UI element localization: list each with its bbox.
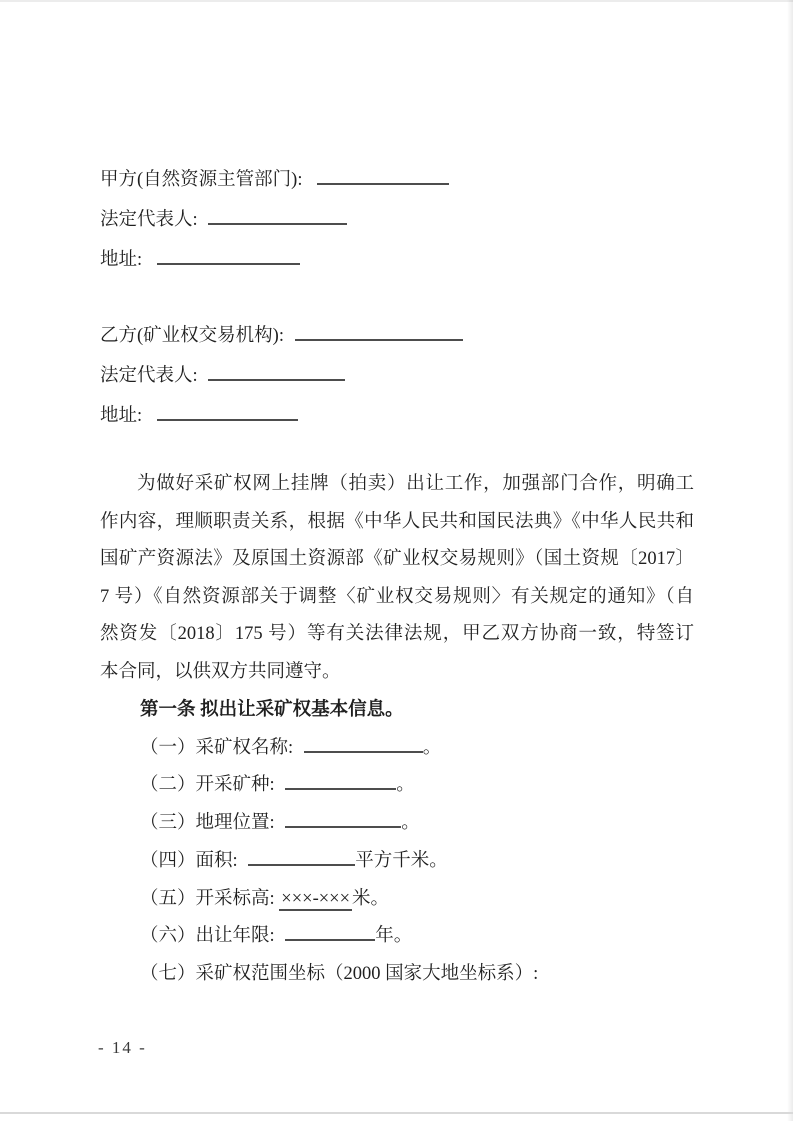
scan-artifact-top-edge [0,0,793,2]
party-b-address-blank-line [157,404,298,421]
item-label: （四）面积: [140,851,238,871]
item-suffix: 。 [401,813,420,833]
party-a-name-blank-line [317,168,449,185]
party-b-legal-rep-blank-line [208,364,345,381]
party-a-address-line: 地址: [100,240,694,280]
item-mining-elevation: （五）开采标高: ×××-×××米。 [100,881,694,919]
party-a-legal-rep-label: 法定代表人: [100,210,198,230]
item-area: （四）面积: 平方千米。 [100,843,694,881]
article-1-items: （一）采矿权名称: 。 （二）开采矿种: 。 （三）地理位置: 。 （四）面积:… [100,730,694,995]
item-mineral-type: （二）开采矿种: 。 [100,767,694,805]
party-a-address-label: 地址: [100,250,142,270]
party-a-block: 甲方(自然资源主管部门): 法定代表人: 地址: [100,160,694,280]
page-number: - 14 - [98,1038,147,1058]
item-boundary-coordinates: （七）采矿权范围坐标（2000 国家大地坐标系）: [100,956,694,994]
party-b-name-blank-line [295,324,463,341]
scanned-contract-page: 甲方(自然资源主管部门): 法定代表人: 地址: 乙方(矿业权交易机构): 法定… [0,0,793,1121]
item-blank-line [248,849,355,866]
party-a-address-blank-line [157,248,300,265]
item-mining-right-name: （一）采矿权名称: 。 [100,730,694,768]
item-suffix: 年。 [375,926,412,946]
scan-artifact-right-edge [787,0,793,1121]
scan-artifact-bottom-edge [0,1112,793,1114]
preamble-line: 本合同，以供双方共同遵守。 [100,654,694,692]
party-b-legal-rep-line: 法定代表人: [100,356,694,396]
party-b-name-label: 乙方(矿业权交易机构): [100,326,284,346]
document-content: 甲方(自然资源主管部门): 法定代表人: 地址: 乙方(矿业权交易机构): 法定… [100,160,694,994]
preamble-line: 作内容，理顺职责关系，根据《中华人民共和国民法典》《中华人民共和 [100,504,694,542]
item-blank-line [304,736,423,753]
party-b-address-line: 地址: [100,396,694,436]
party-b-address-label: 地址: [100,406,142,426]
item-blank-line [285,773,396,790]
article-1-heading: 第一条 拟出让采矿权基本信息。 [100,692,694,730]
item-suffix: 米。 [352,889,389,909]
item-geographic-location: （三）地理位置: 。 [100,805,694,843]
preamble-line: 国矿产资源法》及原国土资源部《矿业权交易规则》（国土资规〔2017〕 [100,541,694,579]
item-label: （三）地理位置: [140,813,275,833]
item-label: （七）采矿权范围坐标（2000 国家大地坐标系）: [140,964,538,984]
item-label: （五）开采标高: [140,889,275,909]
item-label: （一）采矿权名称: [140,738,293,758]
item-suffix: 。 [396,775,415,795]
item-grant-term: （六）出让年限: 年。 [100,918,694,956]
party-b-legal-rep-label: 法定代表人: [100,366,198,386]
item-blank-line [285,811,401,828]
party-a-name-label: 甲方(自然资源主管部门): [100,170,302,190]
party-a-legal-rep-line: 法定代表人: [100,200,694,240]
party-a-name-line: 甲方(自然资源主管部门): [100,160,694,200]
party-b-block: 乙方(矿业权交易机构): 法定代表人: 地址: [100,316,694,436]
item-label: （二）开采矿种: [140,775,275,795]
item-label: （六）出让年限: [140,926,275,946]
party-b-name-line: 乙方(矿业权交易机构): [100,316,694,356]
item-suffix: 。 [423,738,442,758]
preamble-line: 7 号）《自然资源部关于调整〈矿业权交易规则〉有关规定的通知》（自 [100,579,694,617]
item-suffix: 平方千米。 [355,851,448,871]
preamble-paragraph: 为做好采矿权网上挂牌（拍卖）出让工作，加强部门合作，明确工 作内容，理顺职责关系… [100,466,694,691]
party-a-legal-rep-blank-line [208,208,347,225]
item-elevation-value: ×××-××× [279,889,352,911]
item-blank-line [285,924,375,941]
preamble-line: 然资发〔2018〕175 号）等有关法律法规，甲乙双方协商一致，特签订 [100,616,694,654]
preamble-line: 为做好采矿权网上挂牌（拍卖）出让工作，加强部门合作，明确工 [100,466,694,504]
